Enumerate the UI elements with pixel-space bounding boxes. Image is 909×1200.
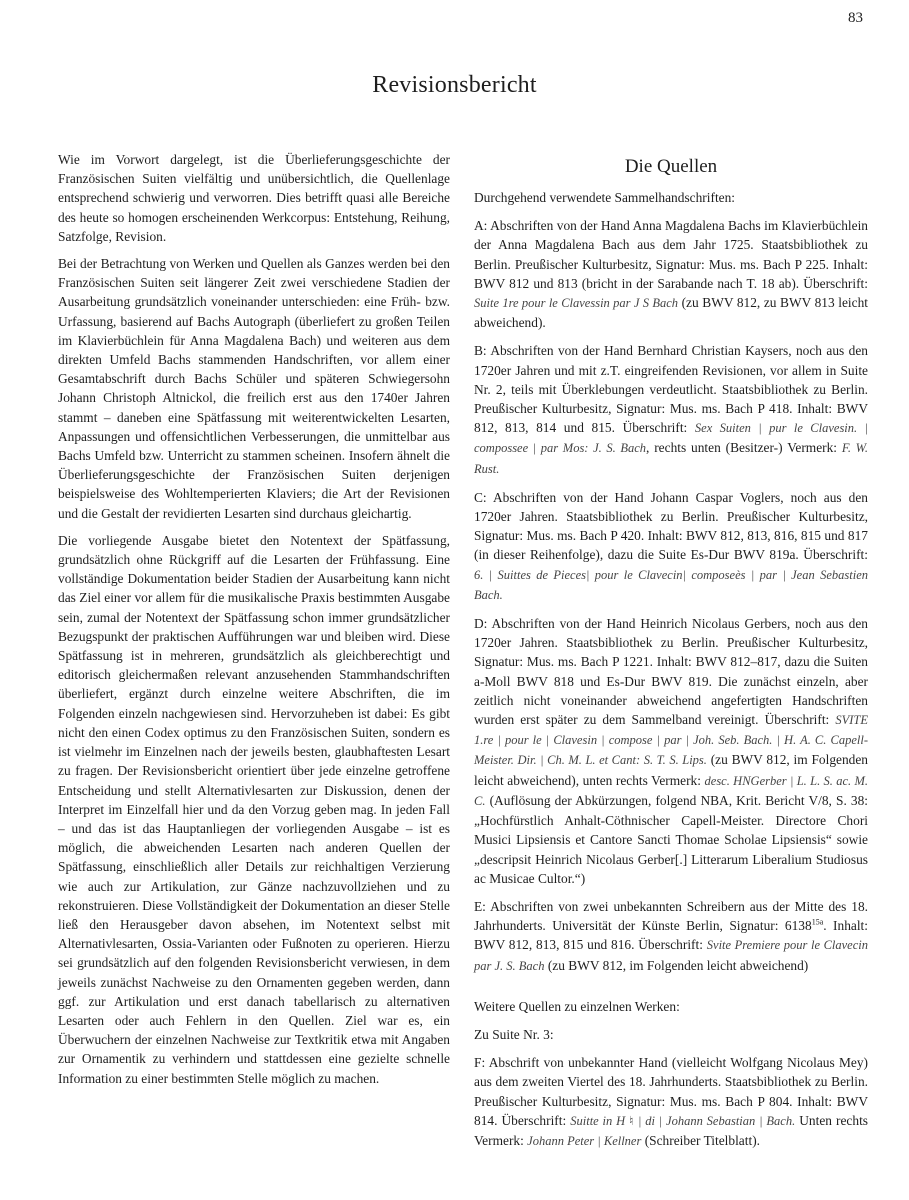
source-entry-d: D: Abschriften von der Hand Heinrich Nic… bbox=[474, 614, 868, 888]
signature-superscript: 15a bbox=[812, 918, 824, 927]
source-entry-e: E: Abschriften von zwei unbekannten Schr… bbox=[474, 897, 868, 976]
section-title: Die Quellen bbox=[474, 156, 868, 178]
source-heading: 6. | Suittes de Pieces| pour le Clavecin… bbox=[474, 568, 868, 602]
source-entry-c: C: Abschriften von der Hand Johann Caspa… bbox=[474, 488, 868, 605]
paragraph: Die vorliegende Ausgabe bietet den Noten… bbox=[58, 531, 450, 1088]
left-column: Wie im Vorwort dargelegt, ist die Überli… bbox=[58, 150, 450, 1096]
further-sources-label: Weitere Quellen zu einzelnen Werken: bbox=[474, 997, 868, 1016]
source-entry-a: A: Abschriften von der Hand Anna Magdale… bbox=[474, 216, 868, 332]
source-heading: Suitte in H ♮ | di | Johann Sebastian | … bbox=[570, 1114, 795, 1128]
paragraph: Bei der Betrachtung von Werken und Quell… bbox=[58, 254, 450, 523]
page-title: Revisionsbericht bbox=[0, 72, 909, 99]
page-number: 83 bbox=[848, 10, 863, 27]
source-entry-f: F: Abschrift von unbekannter Hand (viell… bbox=[474, 1053, 868, 1151]
right-column: Die Quellen Durchgehend verwendete Samme… bbox=[474, 156, 868, 1160]
source-heading: Suite 1re pour le Clavessin par J S Bach bbox=[474, 296, 678, 310]
suite-label: Zu Suite Nr. 3: bbox=[474, 1025, 868, 1044]
paragraph: Wie im Vorwort dargelegt, ist die Überli… bbox=[58, 150, 450, 246]
source-entry-b: B: Abschriften von der Hand Bernhard Chr… bbox=[474, 341, 868, 478]
intro-label: Durchgehend verwendete Sammelhandschrift… bbox=[474, 188, 868, 207]
scribe-note: Johann Peter | Kellner bbox=[527, 1134, 641, 1148]
